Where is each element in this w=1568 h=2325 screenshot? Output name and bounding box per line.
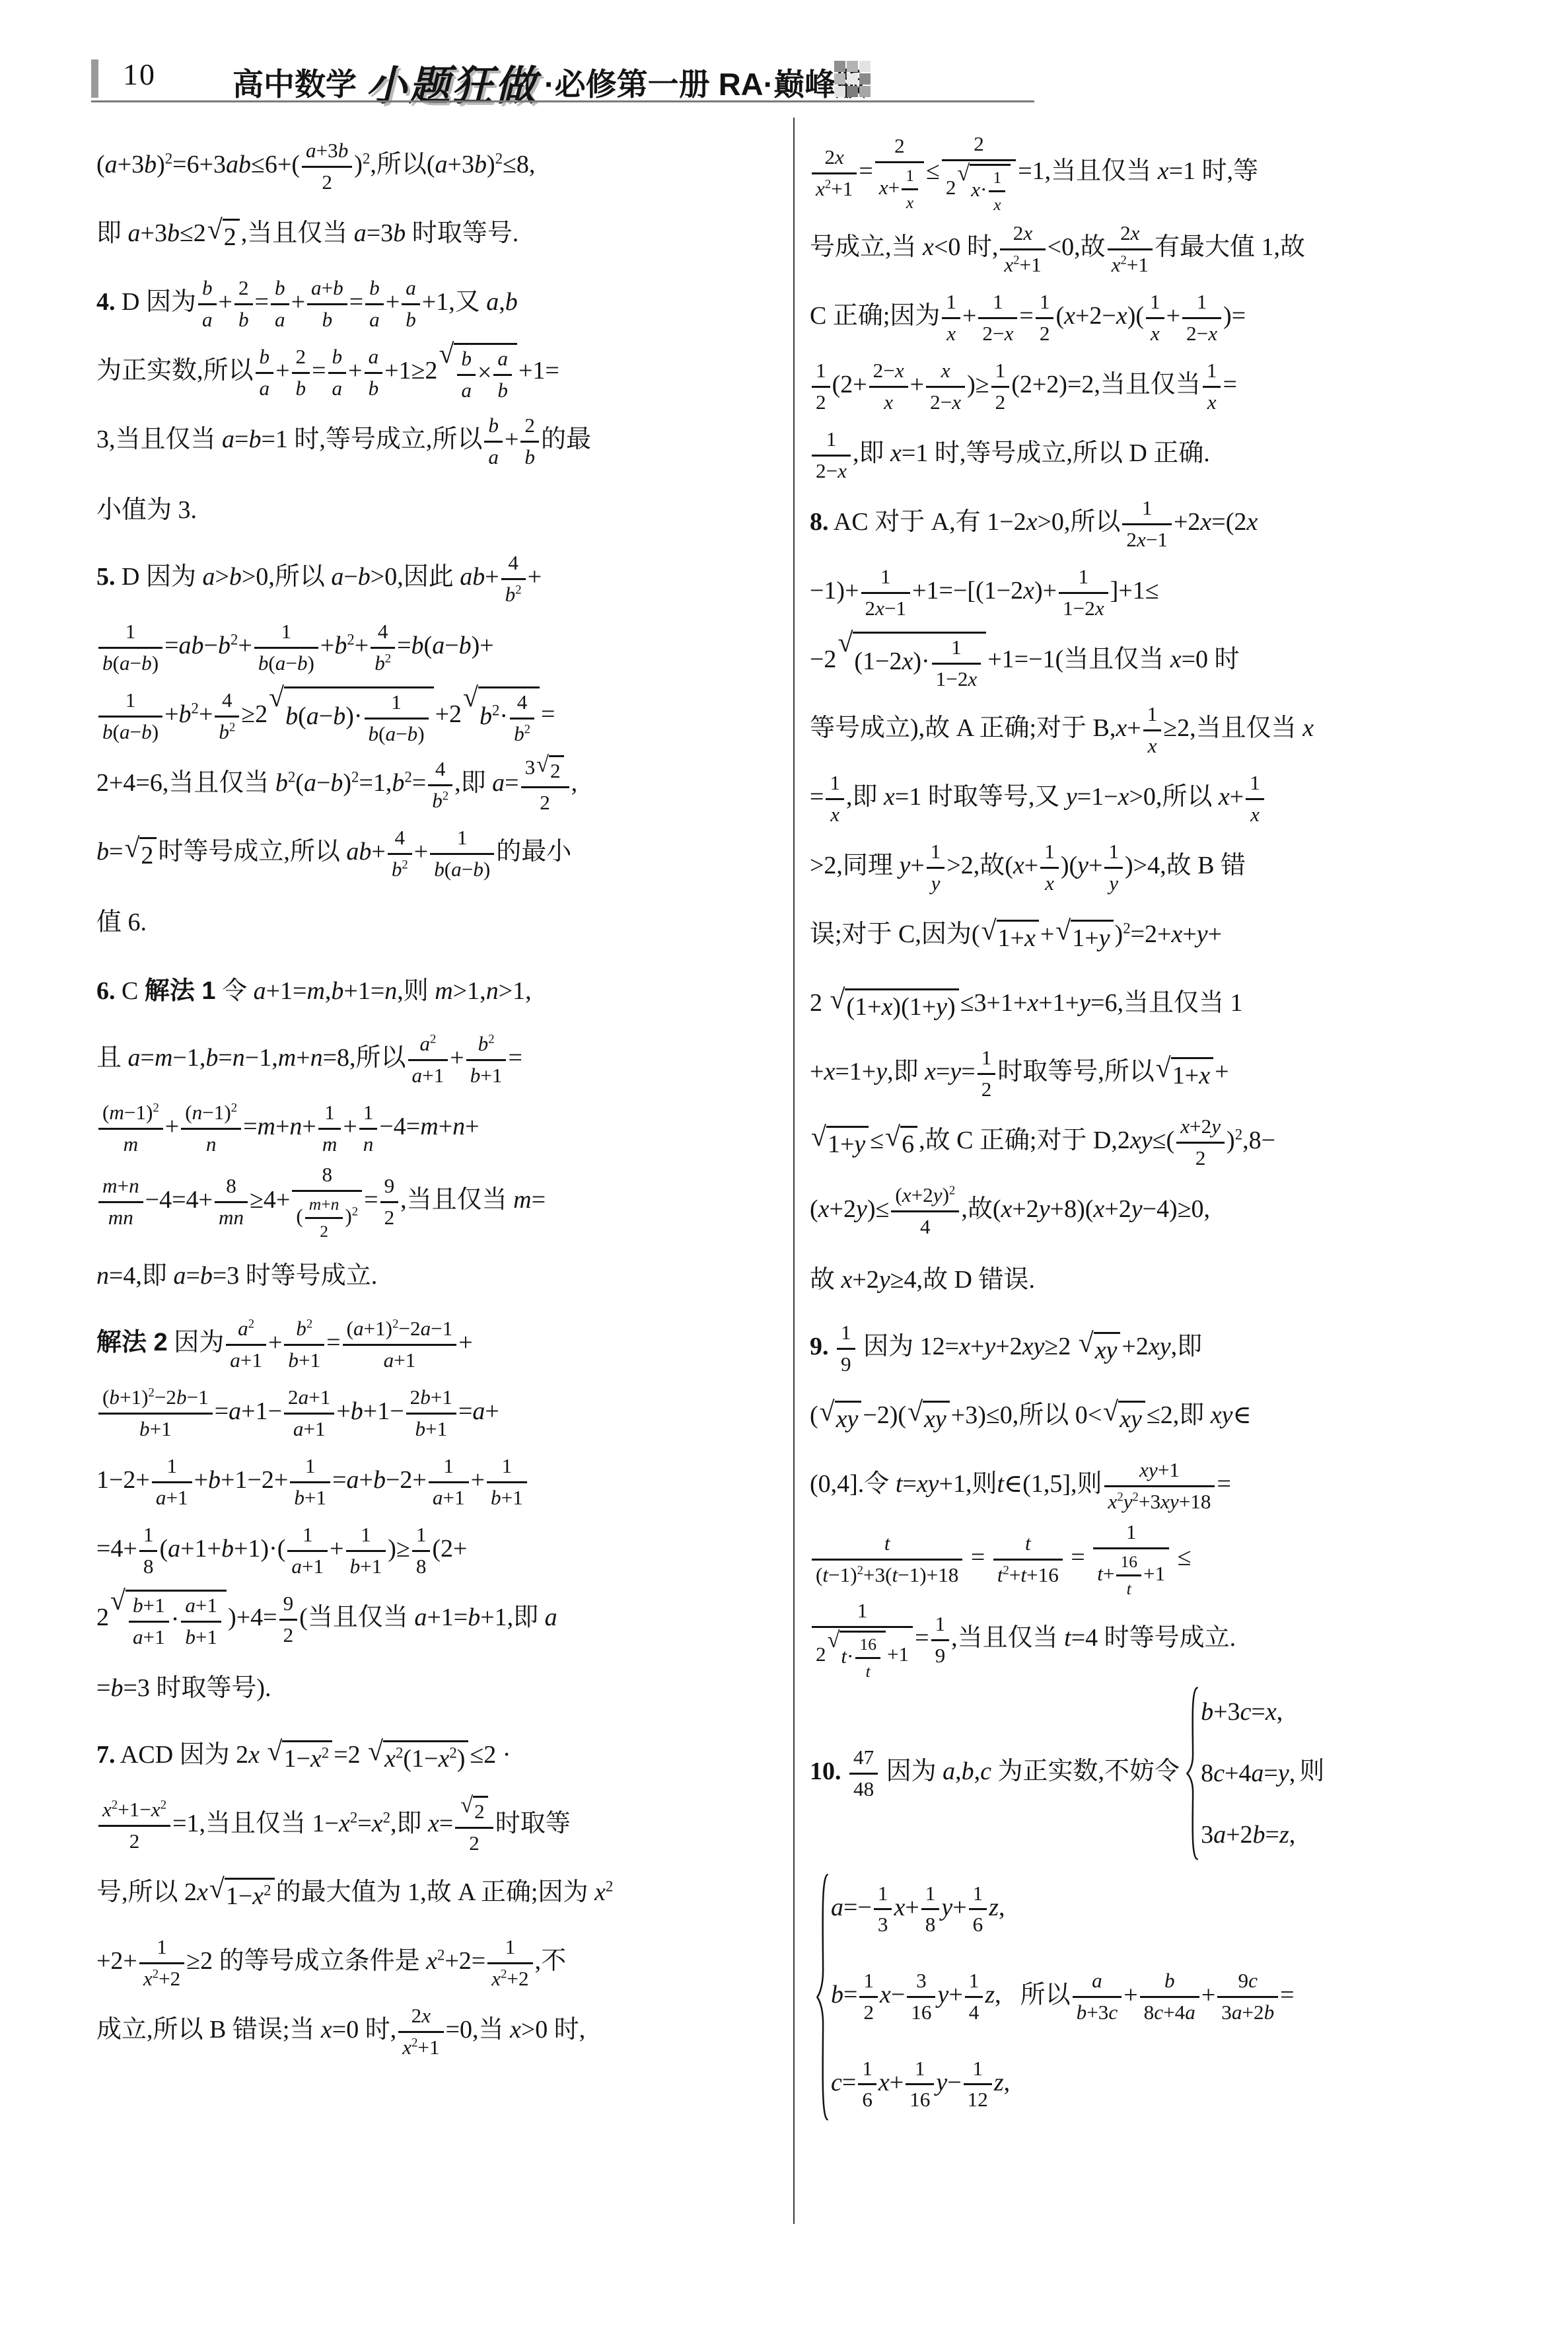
text-line: 即 a+3b≤2√2,当且仅当 a=3b 时取等号. bbox=[96, 201, 790, 270]
text-line: 解法 2 因为a2a+1+b2b+1=(a+1)2−2a−1a+1+ bbox=[96, 1310, 790, 1379]
header-accent-bar bbox=[91, 59, 98, 98]
book-title: 高中数学 小题狂做 ·必修第一册 RA·巅峰版 bbox=[232, 53, 867, 112]
text-line: 12(2+2−xx+x2−x)≥12(2+2)=2,当且仅当1x= bbox=[810, 352, 1523, 421]
text-line: −1)+12x−1+1=−[(1−2x)+11−2x]+1≤ bbox=[810, 558, 1523, 627]
text-line: +2+1x2+2≥2 的等号成立条件是 x2+2=1x2+2,不 bbox=[96, 1929, 790, 1997]
checker-cell bbox=[834, 73, 845, 85]
book-logo: 小题狂做 bbox=[366, 53, 538, 112]
text-line: 2√b+1a+1·a+1b+1)+4=92(当且仅当 a+1=b+1,即 a bbox=[96, 1585, 790, 1654]
book-subtitle: ·必修第一册 RA·巅峰版 bbox=[544, 60, 867, 104]
text-line: (b+1)2−2b−1b+1=a+1−2a+1a+1+b+1−2b+1b+1=a… bbox=[96, 1379, 790, 1448]
text-line: 7. ACD 因为 2x √1−x2=2 √x2(1−x2)≤2 · bbox=[96, 1722, 790, 1791]
text-line: +x=1+y,即 x=y=12时取等号,所以√1+x+ bbox=[810, 1039, 1523, 1108]
text-line: 9. 19 因为 12=x+y+2xy≥2 √xy+2xy,即 bbox=[810, 1314, 1523, 1383]
text-line: 4. D 因为ba+2b=ba+a+bb=ba+ab+1,又 a,b bbox=[96, 270, 790, 338]
text-line: n=4,即 a=b=3 时等号成立. bbox=[96, 1241, 790, 1310]
text-line: (0,4].令 t=xy+1,则t∈(1,5],则xy+1x2y2+3xy+18… bbox=[810, 1452, 1523, 1520]
text-line: =1x,即 x=1 时取等号,又 y=1−x>0,所以 x+1x bbox=[810, 764, 1523, 833]
text-line: 10. 4748 因为 a,b,c 为正实数,不妨令b+3c=x,8c+4a=y… bbox=[810, 1681, 1523, 1865]
text-line: a=−13x+18y+16z,b=12x−316y+14z,c=16x+116y… bbox=[810, 1866, 1523, 2129]
checker-cell bbox=[847, 86, 858, 97]
text-line: 12√t·16t+1=19,当且仅当 t=4 时等号成立. bbox=[810, 1599, 1523, 1681]
text-line: (√xy−2)(√xy+3)≤0,所以 0<√xy≤2,即 xy∈ bbox=[810, 1383, 1523, 1452]
text-line: 1−2+1a+1+b+1−2+1b+1=a+b−2+1a+1+1b+1 bbox=[96, 1448, 790, 1516]
text-line: 值 6. bbox=[96, 888, 790, 957]
text-line: =b=3 时取等号). bbox=[96, 1654, 790, 1722]
text-line: t(t−1)2+3(t−1)+18 = tt2+t+16 = 1t+16t+1 … bbox=[810, 1520, 1523, 1599]
page-number: 10 bbox=[123, 57, 156, 92]
text-line: 12−x,即 x=1 时,等号成立,所以 D 正确. bbox=[810, 421, 1523, 490]
text-line: 故 x+2y≥4,故 D 错误. bbox=[810, 1245, 1523, 1314]
text-line: 小值为 3. bbox=[96, 476, 790, 544]
text-line: 8. AC 对于 A,有 1−2x>0,所以12x−1+2x=(2x bbox=[810, 490, 1523, 558]
text-line: √1+y≤√6,故 C 正确;对于 D,2xy≤(x+2y2)2,8− bbox=[810, 1108, 1523, 1177]
text-line: >2,同理 y+1y>2,故(x+1x)(y+1y)>4,故 B 错 bbox=[810, 833, 1523, 902]
checker-icon bbox=[834, 61, 871, 97]
text-line: 且 a=m−1,b=n−1,m+n=8,所以a2a+1+b2b+1= bbox=[96, 1025, 790, 1094]
text-line: 成立,所以 B 错误;当 x=0 时,2xx2+1=0,当 x>0 时, bbox=[96, 1997, 790, 2066]
text-line: 号,所以 2x√1−x2的最大值为 1,故 A 正确;因为 x2 bbox=[96, 1860, 790, 1929]
textbook-page: 10 高中数学 小题狂做 ·必修第一册 RA·巅峰版 (a+3b)2=6+3ab… bbox=[0, 0, 1568, 2325]
right-column: 2xx2+1=2x+1x≤22√x·1x=1,当且仅当 x=1 时,等号成立,当… bbox=[810, 132, 1523, 2128]
checker-cell bbox=[847, 73, 858, 85]
text-line: =4+18(a+1+b+1)·(1a+1+1b+1)≥18(2+ bbox=[96, 1516, 790, 1585]
text-line: 号成立,当 x<0 时,2xx2+1<0,故2xx2+1有最大值 1,故 bbox=[810, 215, 1523, 283]
text-line: 等号成立),故 A 正确;对于 B,x+1x≥2,当且仅当 x bbox=[810, 696, 1523, 764]
text-line: 1b(a−b)+b2+4b2≥2√b(a−b)·1b(a−b)+2√b2·4b2… bbox=[96, 682, 790, 751]
text-line: (m−1)2m+(n−1)2n=m+n+1m+1n−4=m+n+ bbox=[96, 1094, 790, 1163]
checker-cell bbox=[834, 61, 845, 72]
text-line: 1b(a−b)=ab−b2+1b(a−b)+b2+4b2=b(a−b)+ bbox=[96, 613, 790, 682]
left-column: (a+3b)2=6+3ab≤6+(a+3b2)2,所以(a+3b)2≤8,即 a… bbox=[96, 132, 790, 2066]
text-line: 误;对于 C,因为(√1+x+√1+y)2=2+x+y+ bbox=[810, 902, 1523, 971]
text-line: 2 √(1+x)(1+y)≤3+1+x+1+y=6,当且仅当 1 bbox=[810, 971, 1523, 1039]
text-line: −2√(1−2x)·11−2x+1=−1(当且仅当 x=0 时 bbox=[810, 627, 1523, 696]
text-line: b=√2时等号成立,所以 ab+4b2+1b(a−b)的最小 bbox=[96, 819, 790, 888]
text-line: 5. D 因为 a>b>0,所以 a−b>0,因此 ab+4b2+ bbox=[96, 544, 790, 613]
text-line: (x+2y)≤(x+2y)24,故(x+2y+8)(x+2y−4)≥0, bbox=[810, 1177, 1523, 1245]
text-line: m+nmn−4=4+8mn≥4+8(m+n2)2=92,当且仅当 m= bbox=[96, 1163, 790, 1241]
header-rule bbox=[91, 100, 1034, 102]
text-line: 2xx2+1=2x+1x≤22√x·1x=1,当且仅当 x=1 时,等 bbox=[810, 132, 1523, 215]
checker-cell bbox=[847, 61, 858, 72]
text-line: (a+3b)2=6+3ab≤6+(a+3b2)2,所以(a+3b)2≤8, bbox=[96, 132, 790, 201]
text-line: C 正确;因为1x+12−x=12(x+2−x)(1x+12−x)= bbox=[810, 283, 1523, 352]
book-series: 高中数学 bbox=[232, 60, 357, 104]
checker-cell bbox=[859, 61, 871, 72]
column-divider bbox=[793, 118, 795, 2224]
text-line: 3,当且仅当 a=b=1 时,等号成立,所以ba+2b的最 bbox=[96, 407, 790, 476]
text-line: 6. C 解法 1 令 a+1=m,b+1=n,则 m>1,n>1, bbox=[96, 957, 790, 1025]
checker-cell bbox=[834, 86, 845, 97]
checker-cell bbox=[859, 86, 871, 97]
text-line: 为正实数,所以ba+2b=ba+ab+1≥2√ba×ab+1= bbox=[96, 338, 790, 407]
text-line: x2+1−x22=1,当且仅当 1−x2=x2,即 x=√22时取等 bbox=[96, 1791, 790, 1860]
text-line: 2+4=6,当且仅当 b2(a−b)2=1,b2=4b2,即 a=3√22, bbox=[96, 751, 790, 819]
checker-cell bbox=[859, 73, 871, 85]
